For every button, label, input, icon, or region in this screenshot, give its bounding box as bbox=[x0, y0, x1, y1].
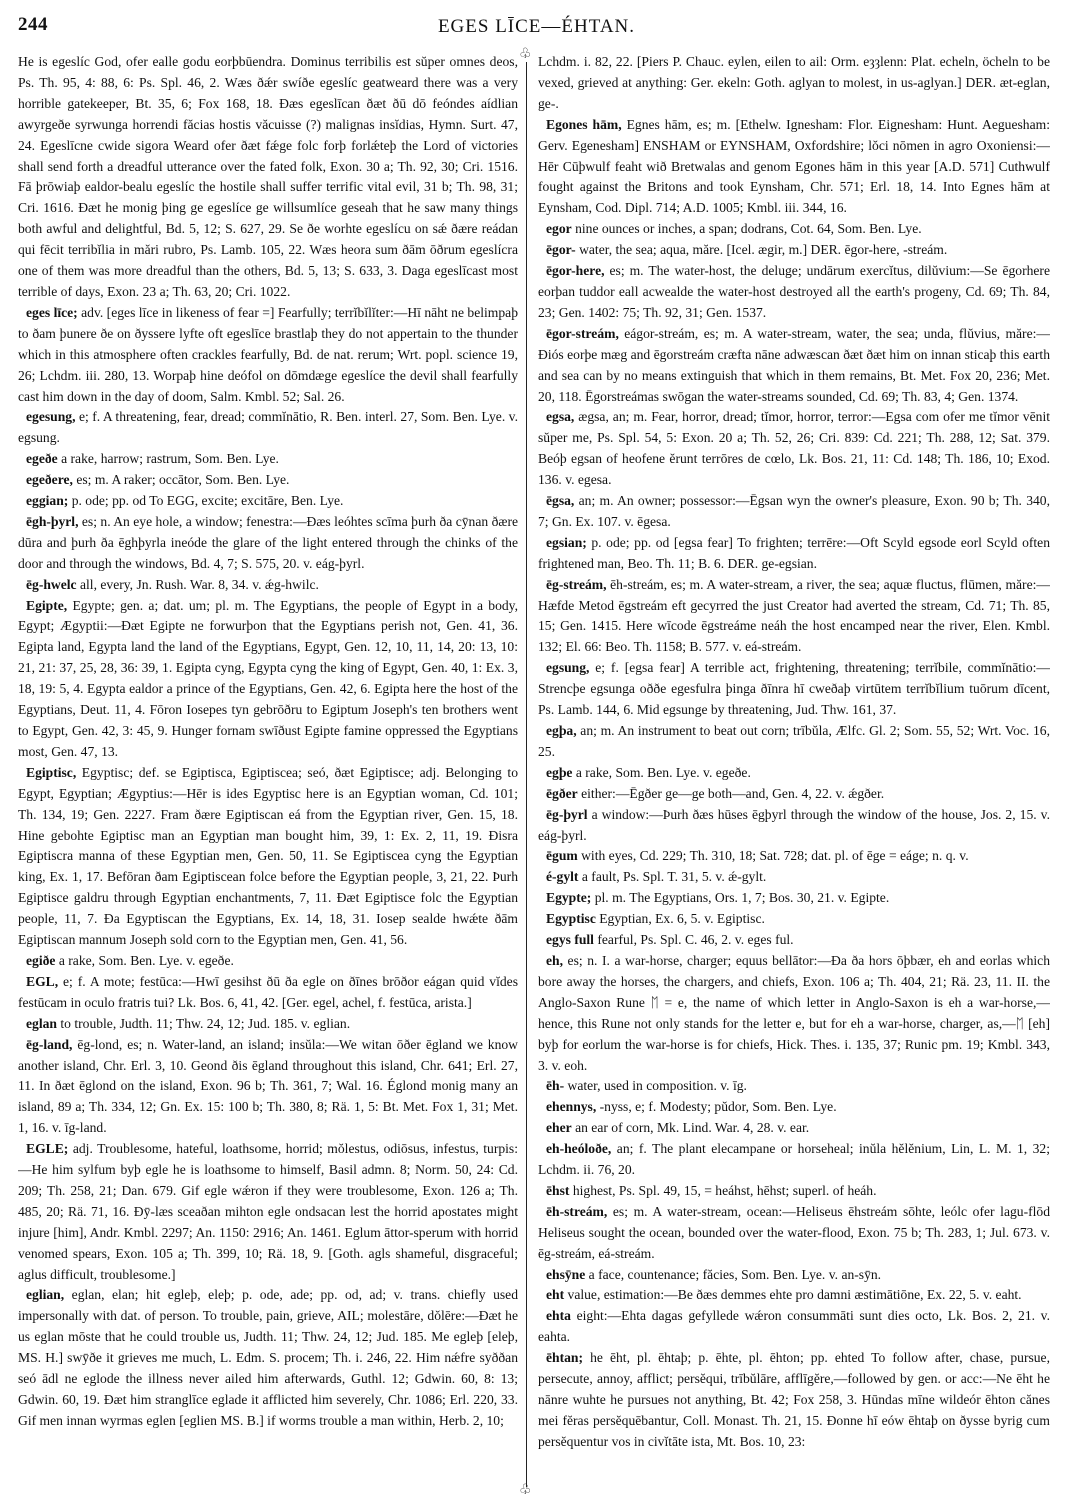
entry-definition: ēg-lond, es; n. Water-land, an island; i… bbox=[18, 1037, 518, 1136]
dictionary-entry: Egiptisc, Egyptisc; def. se Egiptisca, E… bbox=[18, 763, 518, 951]
dictionary-entry: ēgsa, an; m. An owner; possessor:—Ēgsan … bbox=[538, 491, 1050, 533]
dictionary-entry: ēh-streám, es; m. A water-stream, ocean:… bbox=[538, 1202, 1050, 1265]
entry-headword: ēgh-þyrl, bbox=[26, 514, 78, 529]
entry-headword: egeðere, bbox=[26, 472, 73, 487]
entry-definition: ēh-streám, es; m. A water-stream, a rive… bbox=[538, 577, 1050, 655]
entry-definition: Lchdm. i. 82, 22. [Piers P. Chauc. eylen… bbox=[538, 54, 1050, 111]
entry-definition: fearful, Ps. Spl. C. 46, 2. v. eges ful. bbox=[594, 932, 794, 947]
column-rule bbox=[526, 62, 527, 1487]
dictionary-entry: eht value, estimation:—Be ðæs demmes eht… bbox=[538, 1285, 1050, 1306]
entry-definition: -nyss, e; f. Modesty; pŭdor, Som. Ben. L… bbox=[596, 1099, 836, 1114]
entry-definition: Egypte; gen. a; dat. um; pl. m. The Egyp… bbox=[18, 598, 518, 759]
entry-definition: a rake, Som. Ben. Lye. v. egeðe. bbox=[55, 953, 233, 968]
entry-definition: e; f. A mote; festūca:—Hwī gesihst ðū ða… bbox=[18, 974, 518, 1010]
dictionary-entry: egeðere, es; m. A raker; occātor, Som. B… bbox=[18, 470, 518, 491]
entry-headword: egeðe bbox=[26, 451, 58, 466]
entry-definition: eglan, elan; hit egleþ, eleþ; p. ode, ad… bbox=[18, 1287, 518, 1427]
entry-definition: es; n. An eye hole, a window; fenestra:—… bbox=[18, 514, 518, 571]
entry-headword: eht bbox=[546, 1287, 564, 1302]
entry-headword: é-gylt bbox=[546, 869, 578, 884]
entry-headword: ēg-hwelc bbox=[26, 577, 77, 592]
entry-definition: an ear of corn, Mk. Lind. War. 4, 28. v.… bbox=[572, 1120, 809, 1135]
dictionary-entry: ēgðer either:—Ēgðer ge—ge both—and, Gen.… bbox=[538, 784, 1050, 805]
entry-definition: to trouble, Judth. 11; Thw. 24, 12; Jud.… bbox=[57, 1016, 350, 1031]
dictionary-entry: ēh- water, used in composition. v. īg. bbox=[538, 1076, 1050, 1097]
entry-definition: a face, countenance; făcies, Som. Ben. L… bbox=[585, 1267, 881, 1282]
dictionary-entry: ēg-þyrl a window:—Þurh ðæs hūses ēgþyrl … bbox=[538, 805, 1050, 847]
entry-definition: water, the sea; aqua, măre. [Icel. ægir,… bbox=[576, 242, 948, 257]
dictionary-entry: egesung, e; f. A threatening, fear, drea… bbox=[18, 407, 518, 449]
entry-definition: e; f. A threatening, fear, dread; commĭn… bbox=[18, 409, 518, 445]
dictionary-entry: ēgor- water, the sea; aqua, măre. [Icel.… bbox=[538, 240, 1050, 261]
entry-headword: Egypte; bbox=[546, 890, 591, 905]
dictionary-entry: eges līce; adv. [eges līce in likeness o… bbox=[18, 303, 518, 408]
entry-headword: ēg-land, bbox=[26, 1037, 72, 1052]
entry-definition: es; n. I. a war-horse, charger; equus be… bbox=[538, 953, 1050, 1073]
column-rule-top-ornament-icon: ♧ bbox=[519, 48, 532, 62]
dictionary-entry: eglan to trouble, Judth. 11; Thw. 24, 12… bbox=[18, 1014, 518, 1035]
entry-headword: eggian; bbox=[26, 493, 68, 508]
dictionary-entry: ēgor-here, es; m. The water-host, the de… bbox=[538, 261, 1050, 324]
dictionary-entry: ēgor-streám, eágor-streám, es; m. A wate… bbox=[538, 324, 1050, 408]
dictionary-entry: egsa, ægsa, an; m. Fear, horror, dread; … bbox=[538, 407, 1050, 491]
entry-definition: water, used in composition. v. īg. bbox=[564, 1078, 747, 1093]
entry-definition: adj. Troublesome, hateful, loathsome, ho… bbox=[18, 1141, 518, 1281]
dictionary-entry: egþe a rake, Som. Ben. Lye. v. egeðe. bbox=[538, 763, 1050, 784]
dictionary-entry: egiðe a rake, Som. Ben. Lye. v. egeðe. bbox=[18, 951, 518, 972]
entry-definition: with eyes, Cd. 229; Th. 310, 18; Sat. 72… bbox=[578, 848, 969, 863]
entry-headword: egþa, bbox=[546, 723, 577, 738]
column-rule-bottom-ornament-icon: ♧ bbox=[519, 1484, 532, 1498]
dictionary-entry: EGLE; adj. Troublesome, hateful, loathso… bbox=[18, 1139, 518, 1285]
entry-headword: egsian; bbox=[546, 535, 587, 550]
dictionary-entry: é-gylt a fault, Ps. Spl. T. 31, 5. v. ǽ-… bbox=[538, 867, 1050, 888]
entry-headword: ēhtan; bbox=[546, 1350, 583, 1365]
entry-headword: ehennys, bbox=[546, 1099, 596, 1114]
entry-headword: egys full bbox=[546, 932, 594, 947]
dictionary-entry: egsian; p. ode; pp. od [egsa fear] To fr… bbox=[538, 533, 1050, 575]
entry-headword: ēh- bbox=[546, 1078, 564, 1093]
entry-definition: p. ode; pp. od [egsa fear] To frighten; … bbox=[538, 535, 1050, 571]
entry-headword: ēgor-streám, bbox=[546, 326, 619, 341]
dictionary-entry: Egones hām, Egnes hām, es; m. [Ethelw. I… bbox=[538, 115, 1050, 220]
dictionary-entry: ēgum with eyes, Cd. 229; Th. 310, 18; Sa… bbox=[538, 846, 1050, 867]
entry-definition: es; m. A water-stream, ocean:—Heliseus ē… bbox=[538, 1204, 1050, 1261]
entry-definition: es; m. A raker; occātor, Som. Ben. Lye. bbox=[73, 472, 290, 487]
entry-definition: an; m. An owner; possessor:—Ēgsan wyn th… bbox=[538, 493, 1050, 529]
right-column: Lchdm. i. 82, 22. [Piers P. Chauc. eylen… bbox=[538, 52, 1050, 1492]
entry-headword: ēgðer bbox=[546, 786, 578, 801]
entry-headword: egsung, bbox=[546, 660, 589, 675]
entry-definition: an; f. The plant elecampane or horseheal… bbox=[538, 1141, 1050, 1177]
entry-headword: Egipte, bbox=[26, 598, 67, 613]
entry-headword: ēg-streám, bbox=[546, 577, 607, 592]
dictionary-entry: ēg-hwelc all, every, Jn. Rush. War. 8, 3… bbox=[18, 575, 518, 596]
dictionary-entry: egþa, an; m. An instrument to beat out c… bbox=[538, 721, 1050, 763]
entry-headword: eglian, bbox=[26, 1287, 64, 1302]
entry-definition: adv. [eges līce in likeness of fear =] F… bbox=[18, 305, 518, 404]
entry-headword: egor bbox=[546, 221, 572, 236]
entry-headword: eges līce; bbox=[26, 305, 78, 320]
entry-headword: ehsȳne bbox=[546, 1267, 585, 1282]
dictionary-entry: ēhtan; he ēht, pl. ēhtaþ; p. ēhte, pl. ē… bbox=[538, 1348, 1050, 1453]
entry-headword: ēgsa, bbox=[546, 493, 574, 508]
entry-headword: ēh-streám, bbox=[546, 1204, 607, 1219]
dictionary-entry: ehsȳne a face, countenance; făcies, Som.… bbox=[538, 1265, 1050, 1286]
left-column: He is egeslíc God, ofer ealle godu eorþb… bbox=[18, 52, 518, 1492]
entry-headword: ēhst bbox=[546, 1183, 569, 1198]
entry-definition: a fault, Ps. Spl. T. 31, 5. v. ǽ-gylt. bbox=[578, 869, 766, 884]
dictionary-entry: Egyptisc Egyptian, Ex. 6, 5. v. Egiptisc… bbox=[538, 909, 1050, 930]
entry-headword: EGL, bbox=[26, 974, 58, 989]
entry-definition: he ēht, pl. ēhtaþ; p. ēhte, pl. ēhton; p… bbox=[538, 1350, 1050, 1449]
entry-headword: ēg-þyrl bbox=[546, 807, 588, 822]
entry-definition: highest, Ps. Spl. 49, 15, = heáhst, hēhs… bbox=[569, 1183, 876, 1198]
entry-headword: egiðe bbox=[26, 953, 55, 968]
entry-definition: Egyptian, Ex. 6, 5. v. Egiptisc. bbox=[596, 911, 765, 926]
dictionary-entry: egor nine ounces or inches, a span; dodr… bbox=[538, 219, 1050, 240]
entry-definition: es; m. The water-host, the deluge; undār… bbox=[538, 263, 1050, 320]
entry-headword: egþe bbox=[546, 765, 572, 780]
entry-definition: Egyptisc; def. se Egiptisca, Egiptiscea;… bbox=[18, 765, 518, 947]
entry-headword: egsa, bbox=[546, 409, 574, 424]
dictionary-entry: eher an ear of corn, Mk. Lind. War. 4, 2… bbox=[538, 1118, 1050, 1139]
page-header: 244 EGES LĪCE—ÉHTAN. bbox=[18, 14, 1055, 44]
entry-headword: eher bbox=[546, 1120, 572, 1135]
dictionary-entry: ēg-land, ēg-lond, es; n. Water-land, an … bbox=[18, 1035, 518, 1140]
dictionary-entry: eglian, eglan, elan; hit egleþ, eleþ; p.… bbox=[18, 1285, 518, 1431]
dictionary-entry: ehennys, -nyss, e; f. Modesty; pŭdor, So… bbox=[538, 1097, 1050, 1118]
dictionary-entry: Egypte; pl. m. The Egyptians, Ors. 1, 7;… bbox=[538, 888, 1050, 909]
dictionary-entry: EGL, e; f. A mote; festūca:—Hwī gesihst … bbox=[18, 972, 518, 1014]
entry-definition: a rake, harrow; rastrum, Som. Ben. Lye. bbox=[58, 451, 279, 466]
entry-headword: eglan bbox=[26, 1016, 57, 1031]
entry-definition: ægsa, an; m. Fear, horror, dread; tĭmor,… bbox=[538, 409, 1050, 487]
entry-headword: EGLE; bbox=[26, 1141, 68, 1156]
dictionary-entry: egys full fearful, Ps. Spl. C. 46, 2. v.… bbox=[538, 930, 1050, 951]
entry-headword: egesung, bbox=[26, 409, 75, 424]
entry-headword: ēgum bbox=[546, 848, 578, 863]
entry-headword: ehta bbox=[546, 1308, 571, 1323]
entry-headword: eh, bbox=[546, 953, 563, 968]
entry-headword: Egiptisc, bbox=[26, 765, 76, 780]
entry-definition: eight:—Ehta dagas gefyllede wǽron consum… bbox=[538, 1308, 1050, 1344]
dictionary-entry: ēhst highest, Ps. Spl. 49, 15, = heáhst,… bbox=[538, 1181, 1050, 1202]
dictionary-entry: egsung, e; f. [egsa fear] A terrible act… bbox=[538, 658, 1050, 721]
entry-definition: p. ode; pp. od To EGG, excite; excitāre,… bbox=[68, 493, 343, 508]
entry-definition: a rake, Som. Ben. Lye. v. egeðe. bbox=[572, 765, 750, 780]
dictionary-entry: ēgh-þyrl, es; n. An eye hole, a window; … bbox=[18, 512, 518, 575]
entry-headword: eh-heóloðe, bbox=[546, 1141, 611, 1156]
entry-definition: He is egeslíc God, ofer ealle godu eorþb… bbox=[18, 54, 518, 299]
entry-definition: an; m. An instrument to beat out corn; t… bbox=[538, 723, 1050, 759]
entry-headword: Egyptisc bbox=[546, 911, 596, 926]
entry-definition: value, estimation:—Be ðæs demmes ehte pr… bbox=[564, 1287, 1021, 1302]
entry-headword: ēgor- bbox=[546, 242, 576, 257]
dictionary-entry: Egipte, Egypte; gen. a; dat. um; pl. m. … bbox=[18, 596, 518, 763]
dictionary-columns: He is egeslíc God, ofer ealle godu eorþb… bbox=[18, 52, 1055, 1492]
entry-headword: Egones hām, bbox=[546, 117, 622, 132]
dictionary-entry: ehta eight:—Ehta dagas gefyllede wǽron c… bbox=[538, 1306, 1050, 1348]
dictionary-entry: eh-heóloðe, an; f. The plant elecampane … bbox=[538, 1139, 1050, 1181]
entry-headword: ēgor-here, bbox=[546, 263, 605, 278]
entry-definition: a window:—Þurh ðæs hūses ēgþyrl through … bbox=[538, 807, 1050, 843]
entry-definition: pl. m. The Egyptians, Ors. 1, 7; Bos. 30… bbox=[591, 890, 889, 905]
dictionary-entry: eggian; p. ode; pp. od To EGG, excite; e… bbox=[18, 491, 518, 512]
running-head: EGES LĪCE—ÉHTAN. bbox=[18, 16, 1055, 38]
entry-definition: either:—Ēgðer ge—ge both—and, Gen. 4, 22… bbox=[578, 786, 884, 801]
entry-definition: all, every, Jn. Rush. War. 8, 34. v. ǽg-… bbox=[77, 577, 319, 592]
dictionary-entry: egeðe a rake, harrow; rastrum, Som. Ben.… bbox=[18, 449, 518, 470]
dictionary-entry: eh, es; n. I. a war-horse, charger; equu… bbox=[538, 951, 1050, 1076]
entry-definition: nine ounces or inches, a span; dodrans, … bbox=[572, 221, 922, 236]
dictionary-entry: ēg-streám, ēh-streám, es; m. A water-str… bbox=[538, 575, 1050, 659]
dictionary-entry: He is egeslíc God, ofer ealle godu eorþb… bbox=[18, 52, 518, 303]
dictionary-entry: Lchdm. i. 82, 22. [Piers P. Chauc. eylen… bbox=[538, 52, 1050, 115]
entry-definition: e; f. [egsa fear] A terrible act, fright… bbox=[538, 660, 1050, 717]
